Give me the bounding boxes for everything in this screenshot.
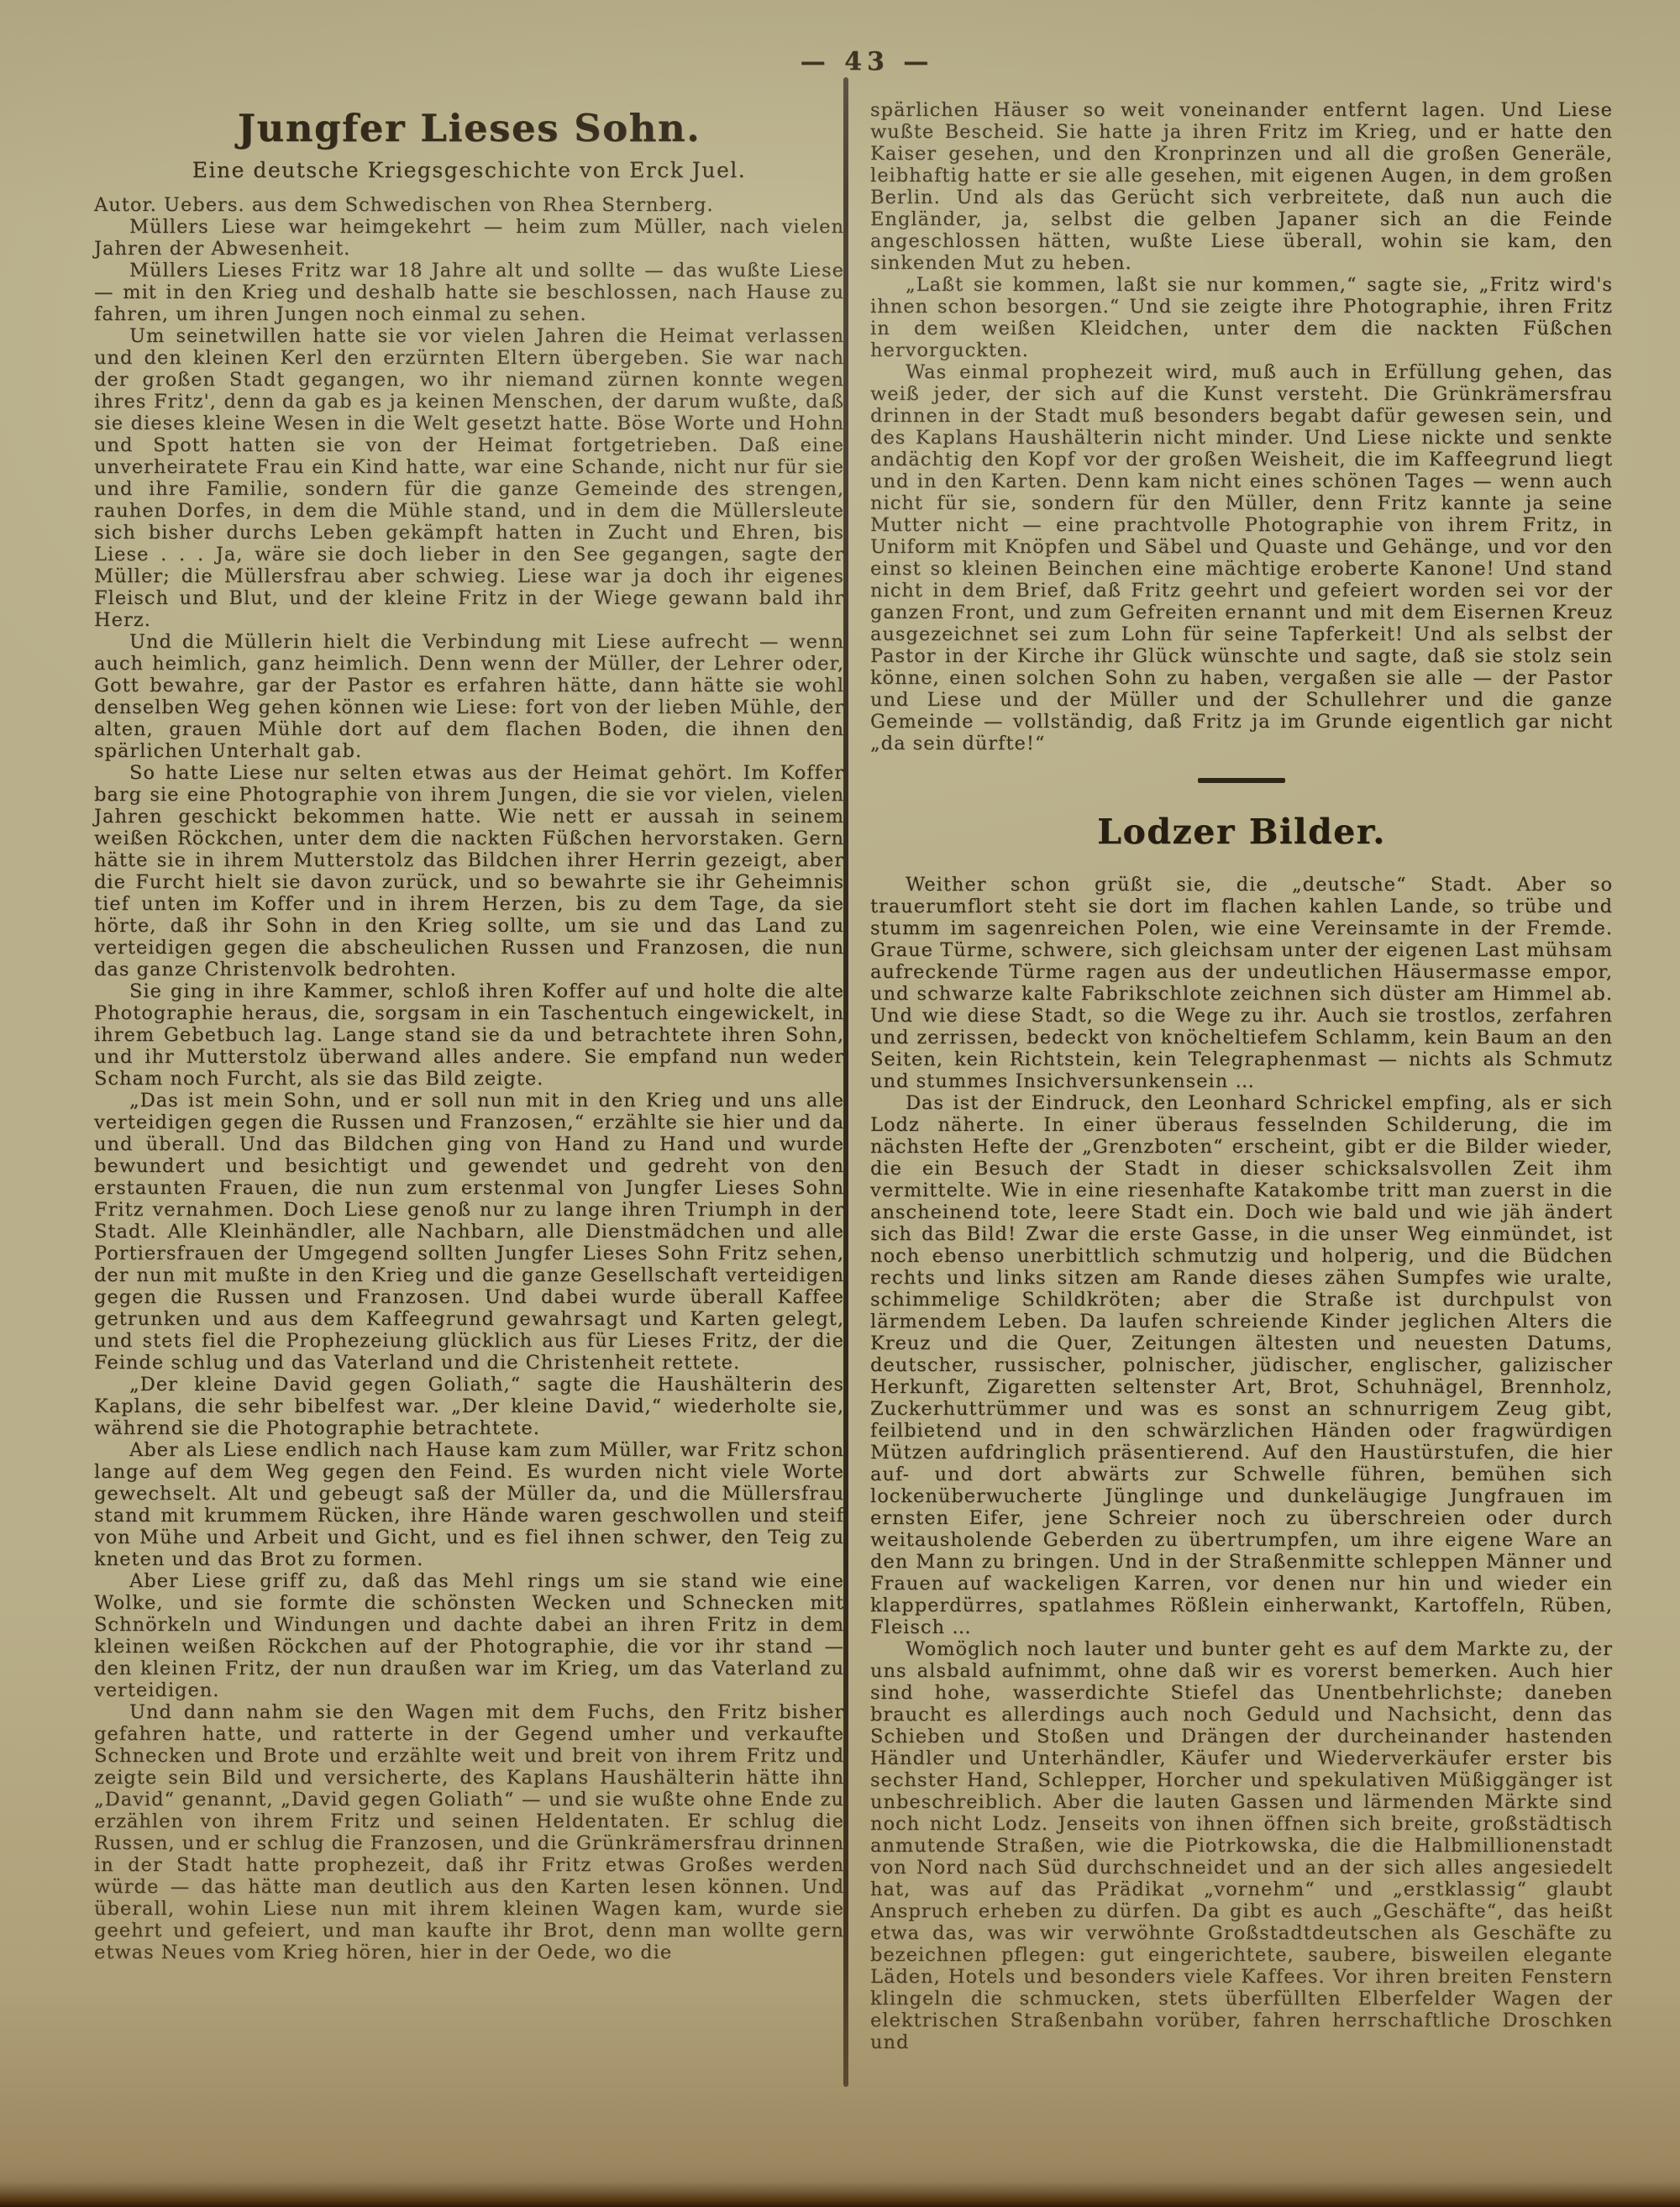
article1-paragraph-12-continued: spärlichen Häuser so weit voneinander en…: [870, 99, 1613, 274]
article1-paragraph-11: Und dann nahm sie den Wagen mit dem Fuch…: [94, 1701, 844, 1963]
article1-title: Jungfer Lieses Sohn.: [94, 108, 844, 150]
article2-paragraph-1: Weither schon grüßt sie, die „deutsche“ …: [870, 874, 1613, 1092]
article1-paragraph-13: „Laßt sie kommen, laßt sie nur kommen,“ …: [870, 274, 1613, 361]
article1-paragraph-4: Und die Müllerin hielt die Verbindung mi…: [94, 631, 844, 762]
article2-paragraph-2: Das ist der Eindruck, den Leonhard Schri…: [870, 1092, 1613, 1638]
article1-subtitle: Eine deutsche Kriegsgeschichte von Erck …: [94, 158, 844, 182]
article1-paragraph-9: Aber als Liese endlich nach Hause kam zu…: [94, 1439, 844, 1570]
article1-paragraph-6: Sie ging in ihre Kammer, schloß ihren Ko…: [94, 980, 844, 1090]
article-separator-rule: [1198, 778, 1285, 783]
article1-paragraph-7: „Das ist mein Sohn, und er soll nun mit …: [94, 1090, 844, 1374]
article1-paragraph-14: Was einmal prophezeit wird, muß auch in …: [870, 361, 1613, 754]
scan-bottom-edge: [0, 2182, 1680, 2207]
article2-title: Lodzer Bilder.: [870, 812, 1613, 852]
article1-paragraph-2: Müllers Lieses Fritz war 18 Jahre alt un…: [94, 260, 844, 325]
article1-paragraph-1: Müllers Liese war heimgekehrt — heim zum…: [94, 216, 844, 260]
right-column: spärlichen Häuser so weit voneinander en…: [870, 99, 1613, 2053]
left-column: Jungfer Lieses Sohn. Eine deutsche Krieg…: [94, 108, 844, 1963]
article2-paragraph-3: Womöglich noch lauter und bunter geht es…: [870, 1638, 1613, 2053]
article1-paragraph-8: „Der kleine David gegen Goliath,“ sagte …: [94, 1374, 844, 1439]
article1-paragraph-5: So hatte Liese nur selten etwas aus der …: [94, 762, 844, 980]
page-number: — 43 —: [0, 47, 1680, 76]
newspaper-page: — 43 — Jungfer Lieses Sohn. Eine deutsch…: [0, 0, 1680, 2207]
article1-paragraph-3: Um seinetwillen hatte sie vor vielen Jah…: [94, 325, 844, 631]
article1-byline: Autor. Uebers. aus dem Schwedischen von …: [94, 194, 844, 216]
article1-paragraph-10: Aber Liese griff zu, daß das Mehl rings …: [94, 1570, 844, 1701]
